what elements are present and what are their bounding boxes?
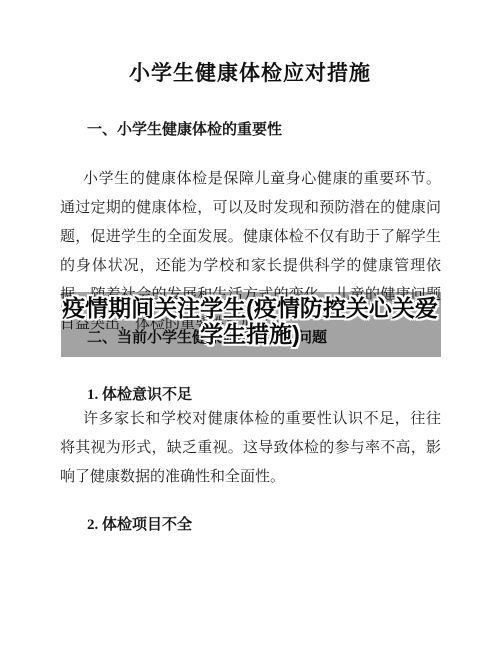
watermark-title-text: 疫情期间关注学生(疫情防控关心关爱 学生措施) <box>30 295 470 347</box>
section1-heading: 一、小学生健康体检的重要性 <box>87 118 447 139</box>
section2-subheading-1: 1. 体检意识不足 <box>87 383 447 404</box>
document-title: 小学生健康体检应对措施 <box>60 57 440 87</box>
watermark-line-2: 学生措施) <box>30 321 470 347</box>
document-page: 小学生健康体检应对措施 一、小学生健康体检的重要性 小学生的健康体检是保障儿童身… <box>0 0 500 647</box>
watermark-line-1: 疫情期间关注学生(疫情防控关心关爱 <box>30 295 470 321</box>
section2-sub1-paragraph: 许多家长和学校对健康体检的重要性认识不足，往往将其视为形式，缺乏重视。这导致体检… <box>60 405 441 492</box>
section2-subheading-2: 2. 体检项目不全 <box>87 513 447 534</box>
